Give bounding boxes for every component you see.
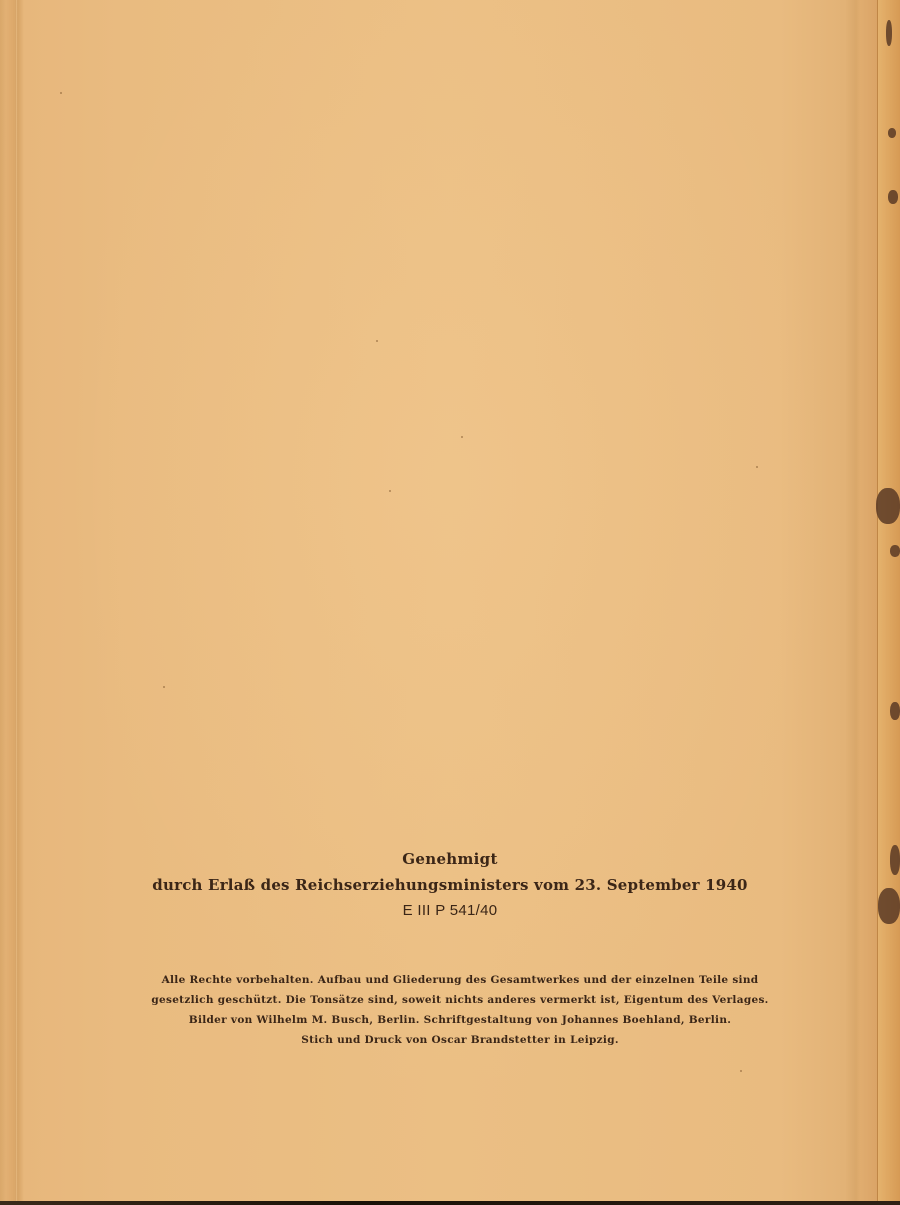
paper-speck bbox=[461, 436, 463, 438]
edge-stain bbox=[890, 702, 900, 720]
edge-stain bbox=[886, 20, 892, 46]
rights-line: Bilder von Wilhelm M. Busch, Berlin. Sch… bbox=[140, 1010, 780, 1030]
paper-speck bbox=[163, 686, 165, 688]
edge-stain bbox=[890, 545, 900, 557]
paper-speck bbox=[756, 466, 758, 468]
edge-stain bbox=[876, 488, 900, 524]
approval-block: Genehmigt durch Erlaß des Reichserziehun… bbox=[0, 846, 900, 924]
rights-line: Stich und Druck von Oscar Brandstetter i… bbox=[140, 1030, 780, 1050]
paper-speck bbox=[376, 340, 378, 342]
paper-speck bbox=[60, 92, 62, 94]
worn-right-edge bbox=[877, 0, 900, 1205]
paper-speck bbox=[389, 490, 391, 492]
scanned-page: Genehmigt durch Erlaß des Reichserziehun… bbox=[0, 0, 900, 1205]
approval-title: Genehmigt bbox=[0, 846, 900, 872]
paper-speck bbox=[740, 1070, 742, 1072]
approval-reference: E III P 541/40 bbox=[0, 898, 900, 924]
approval-decree: durch Erlaß des Reichserziehungsminister… bbox=[0, 872, 900, 898]
edge-stain bbox=[888, 128, 896, 138]
rights-notice: Alle Rechte vorbehalten. Aufbau und Glie… bbox=[140, 970, 780, 1050]
edge-stain bbox=[888, 190, 898, 204]
rights-line: gesetzlich geschützt. Die Tonsätze sind,… bbox=[140, 990, 780, 1010]
rights-line: Alle Rechte vorbehalten. Aufbau und Glie… bbox=[140, 970, 780, 990]
bottom-edge bbox=[0, 1201, 900, 1205]
spine-fold bbox=[15, 0, 18, 1205]
